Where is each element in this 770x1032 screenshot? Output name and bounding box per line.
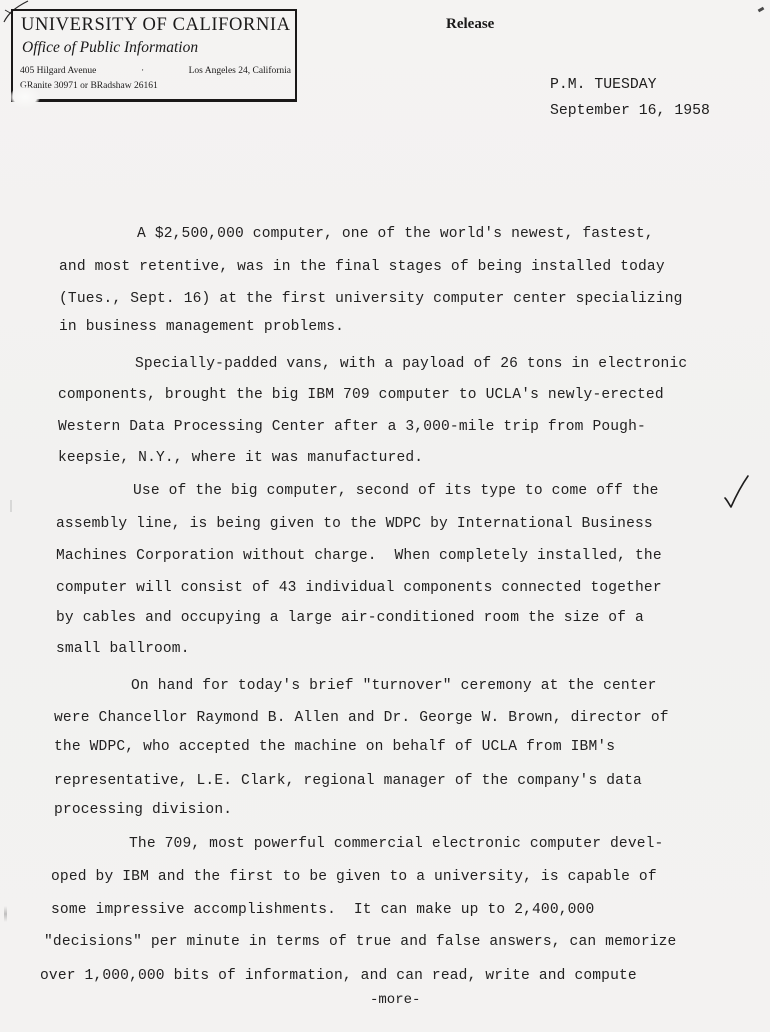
paragraph-4-line-4: representative, L.E. Clark, regional man… <box>54 773 642 789</box>
city-address: Los Angeles 24, California <box>189 66 291 76</box>
paragraph-3-line-1: Use of the big computer, second of its t… <box>133 483 659 499</box>
release-date: September 16, 1958 <box>550 103 710 119</box>
release-label: Release <box>446 16 494 33</box>
paragraph-1-line-1: A $2,500,000 computer, one of the world'… <box>137 226 654 242</box>
paragraph-1-line-2: and most retentive, was in the final sta… <box>59 259 665 275</box>
paragraph-1-line-4: in business management problems. <box>59 319 344 335</box>
paragraph-4-line-1: On hand for today's brief "turnover" cer… <box>131 678 657 694</box>
paragraph-5-line-2: oped by IBM and the first to be given to… <box>51 869 657 885</box>
institution-name: UNIVERSITY OF CALIFORNIA <box>21 15 291 36</box>
paragraph-3-line-6: small ballroom. <box>56 641 190 657</box>
paragraph-1-line-3: (Tues., Sept. 16) at the first universit… <box>59 291 683 307</box>
margin-smudge <box>10 500 12 512</box>
release-timing: P.M. TUESDAY September 16, 1958 <box>550 72 710 124</box>
paragraph-2-line-2: components, brought the big IBM 709 comp… <box>58 387 664 403</box>
paragraph-2-line-1: Specially-padded vans, with a payload of… <box>135 356 687 372</box>
paragraph-5-line-4: "decisions" per minute in terms of true … <box>44 934 676 950</box>
paragraph-4-line-3: the WDPC, who accepted the machine on be… <box>54 739 615 755</box>
paragraph-5-line-1: The 709, most powerful commercial electr… <box>129 836 663 852</box>
paragraph-5-line-5: over 1,000,000 bits of information, and … <box>40 968 637 984</box>
paragraph-4-line-2: were Chancellor Raymond B. Allen and Dr.… <box>54 710 669 726</box>
letterhead: UNIVERSITY OF CALIFORNIA Office of Publi… <box>11 9 297 102</box>
paragraph-3-line-5: by cables and occupying a large air-cond… <box>56 610 644 626</box>
paragraph-3-line-4: computer will consist of 43 individual c… <box>56 580 662 596</box>
paragraph-2-line-3: Western Data Processing Center after a 3… <box>58 419 646 435</box>
street-address: 405 Hilgard Avenue <box>20 66 96 76</box>
stray-ink-mark <box>758 7 765 13</box>
paragraph-4-line-5: processing division. <box>54 802 232 818</box>
checkmark-icon <box>722 474 750 510</box>
continuation-marker: -more- <box>370 992 420 1008</box>
paragraph-2-line-4: keepsie, N.Y., where it was manufactured… <box>58 450 423 466</box>
release-time: P.M. TUESDAY <box>550 77 657 93</box>
press-release-page: UNIVERSITY OF CALIFORNIA Office of Publi… <box>0 0 770 1032</box>
address-separator: · <box>141 66 144 76</box>
office-name: Office of Public Information <box>22 39 198 57</box>
paper-smudge <box>10 86 40 108</box>
phone-numbers: GRanite 30971 or BRadshaw 26161 <box>20 81 158 91</box>
paragraph-3-line-3: Machines Corporation without charge. Whe… <box>56 548 662 564</box>
paragraph-5-line-3: some impressive accomplishments. It can … <box>51 902 594 918</box>
paragraph-3-line-2: assembly line, is being given to the WDP… <box>56 516 653 532</box>
margin-smudge <box>4 906 7 922</box>
